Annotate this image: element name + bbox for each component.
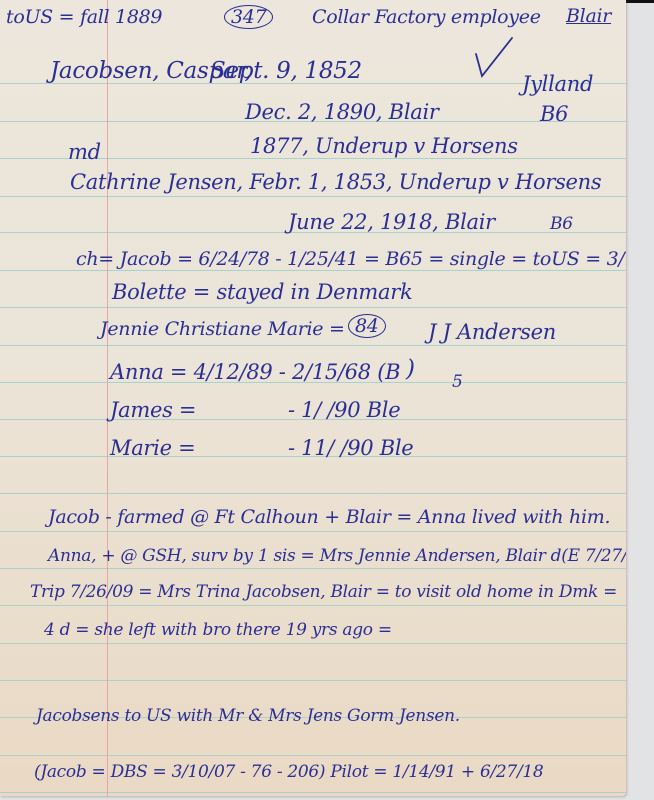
ruled-line xyxy=(0,680,626,681)
ruled-line xyxy=(0,792,626,793)
record-number-circled: 347 xyxy=(224,5,273,29)
ruled-line xyxy=(0,531,626,532)
marriage-date-place: 1877, Underup v Horsens xyxy=(250,134,518,158)
children-marie-name: Marie = xyxy=(110,436,195,460)
ruled-line xyxy=(0,307,626,308)
children-marie-date: - 11/ /90 Ble xyxy=(288,436,413,460)
note-jacob-death-refs: (Jacob = DBS = 3/10/07 - 76 - 206) Pilot… xyxy=(34,762,543,782)
ruled-line xyxy=(0,643,626,644)
ruled-line xyxy=(0,196,626,197)
marriage-label: md xyxy=(68,140,101,164)
note-anna-survived: Anna, + @ GSH, surv by 1 sis = Mrs Jenni… xyxy=(48,546,626,566)
spouse-name-birth: Cathrine Jensen, Febr. 1, 1853, Underup … xyxy=(70,170,601,194)
children-jennie: Jennie Christiane Marie = xyxy=(100,318,345,340)
note-trip: Trip 7/26/09 = Mrs Trina Jacobsen, Blair… xyxy=(30,582,617,602)
child-ref-circled: 84 xyxy=(348,314,386,338)
occupation: Collar Factory employee xyxy=(312,6,541,28)
children-anna: Anna = 4/12/89 - 2/15/68 (B xyxy=(110,360,400,384)
jennie-spouse: J J Andersen xyxy=(428,320,556,344)
children-bolette: Bolette = stayed in Denmark xyxy=(112,280,412,304)
scan-edge-strip xyxy=(622,0,654,3)
record-number: 347 xyxy=(224,5,273,29)
note-jacob-farmed: Jacob - farmed @ Ft Calhoun + Blair = An… xyxy=(48,506,610,528)
subject-birth: Sept. 9, 1852 xyxy=(210,58,362,84)
immigration-note: toUS = fall 1889 xyxy=(6,6,162,28)
subject-death: Dec. 2, 1890, Blair xyxy=(245,100,439,124)
ruled-line xyxy=(0,270,626,271)
spouse-burial: B6 xyxy=(550,214,573,234)
red-margin-line xyxy=(107,0,108,796)
ruled-line xyxy=(0,755,626,756)
children-jacob: ch= Jacob = 6/24/78 - 1/25/41 = B65 = si… xyxy=(76,248,626,270)
ruled-line xyxy=(0,493,626,494)
child-ref-number: 84 xyxy=(348,314,386,338)
ruled-line xyxy=(0,605,626,606)
subject-origin: Jylland xyxy=(522,72,593,96)
ruled-line xyxy=(0,568,626,569)
ruled-line xyxy=(0,345,626,346)
bracket: ) xyxy=(406,356,415,382)
header-place: Blair xyxy=(566,5,611,27)
note-emigration: Jacobsens to US with Mr & Mrs Jens Gorm … xyxy=(36,706,460,726)
lined-paper: toUS = fall 1889 347 Collar Factory empl… xyxy=(0,0,626,796)
children-james-name: James = xyxy=(110,398,196,422)
bracket-note: 5 xyxy=(452,372,463,392)
spouse-death: June 22, 1918, Blair xyxy=(288,210,495,234)
note-trip-cont: 4 d = she left with bro there 19 yrs ago… xyxy=(44,620,392,640)
checkmark-icon xyxy=(474,34,514,80)
subject-burial: B6 xyxy=(540,102,568,126)
children-james-date: - 1/ /90 Ble xyxy=(288,398,400,422)
